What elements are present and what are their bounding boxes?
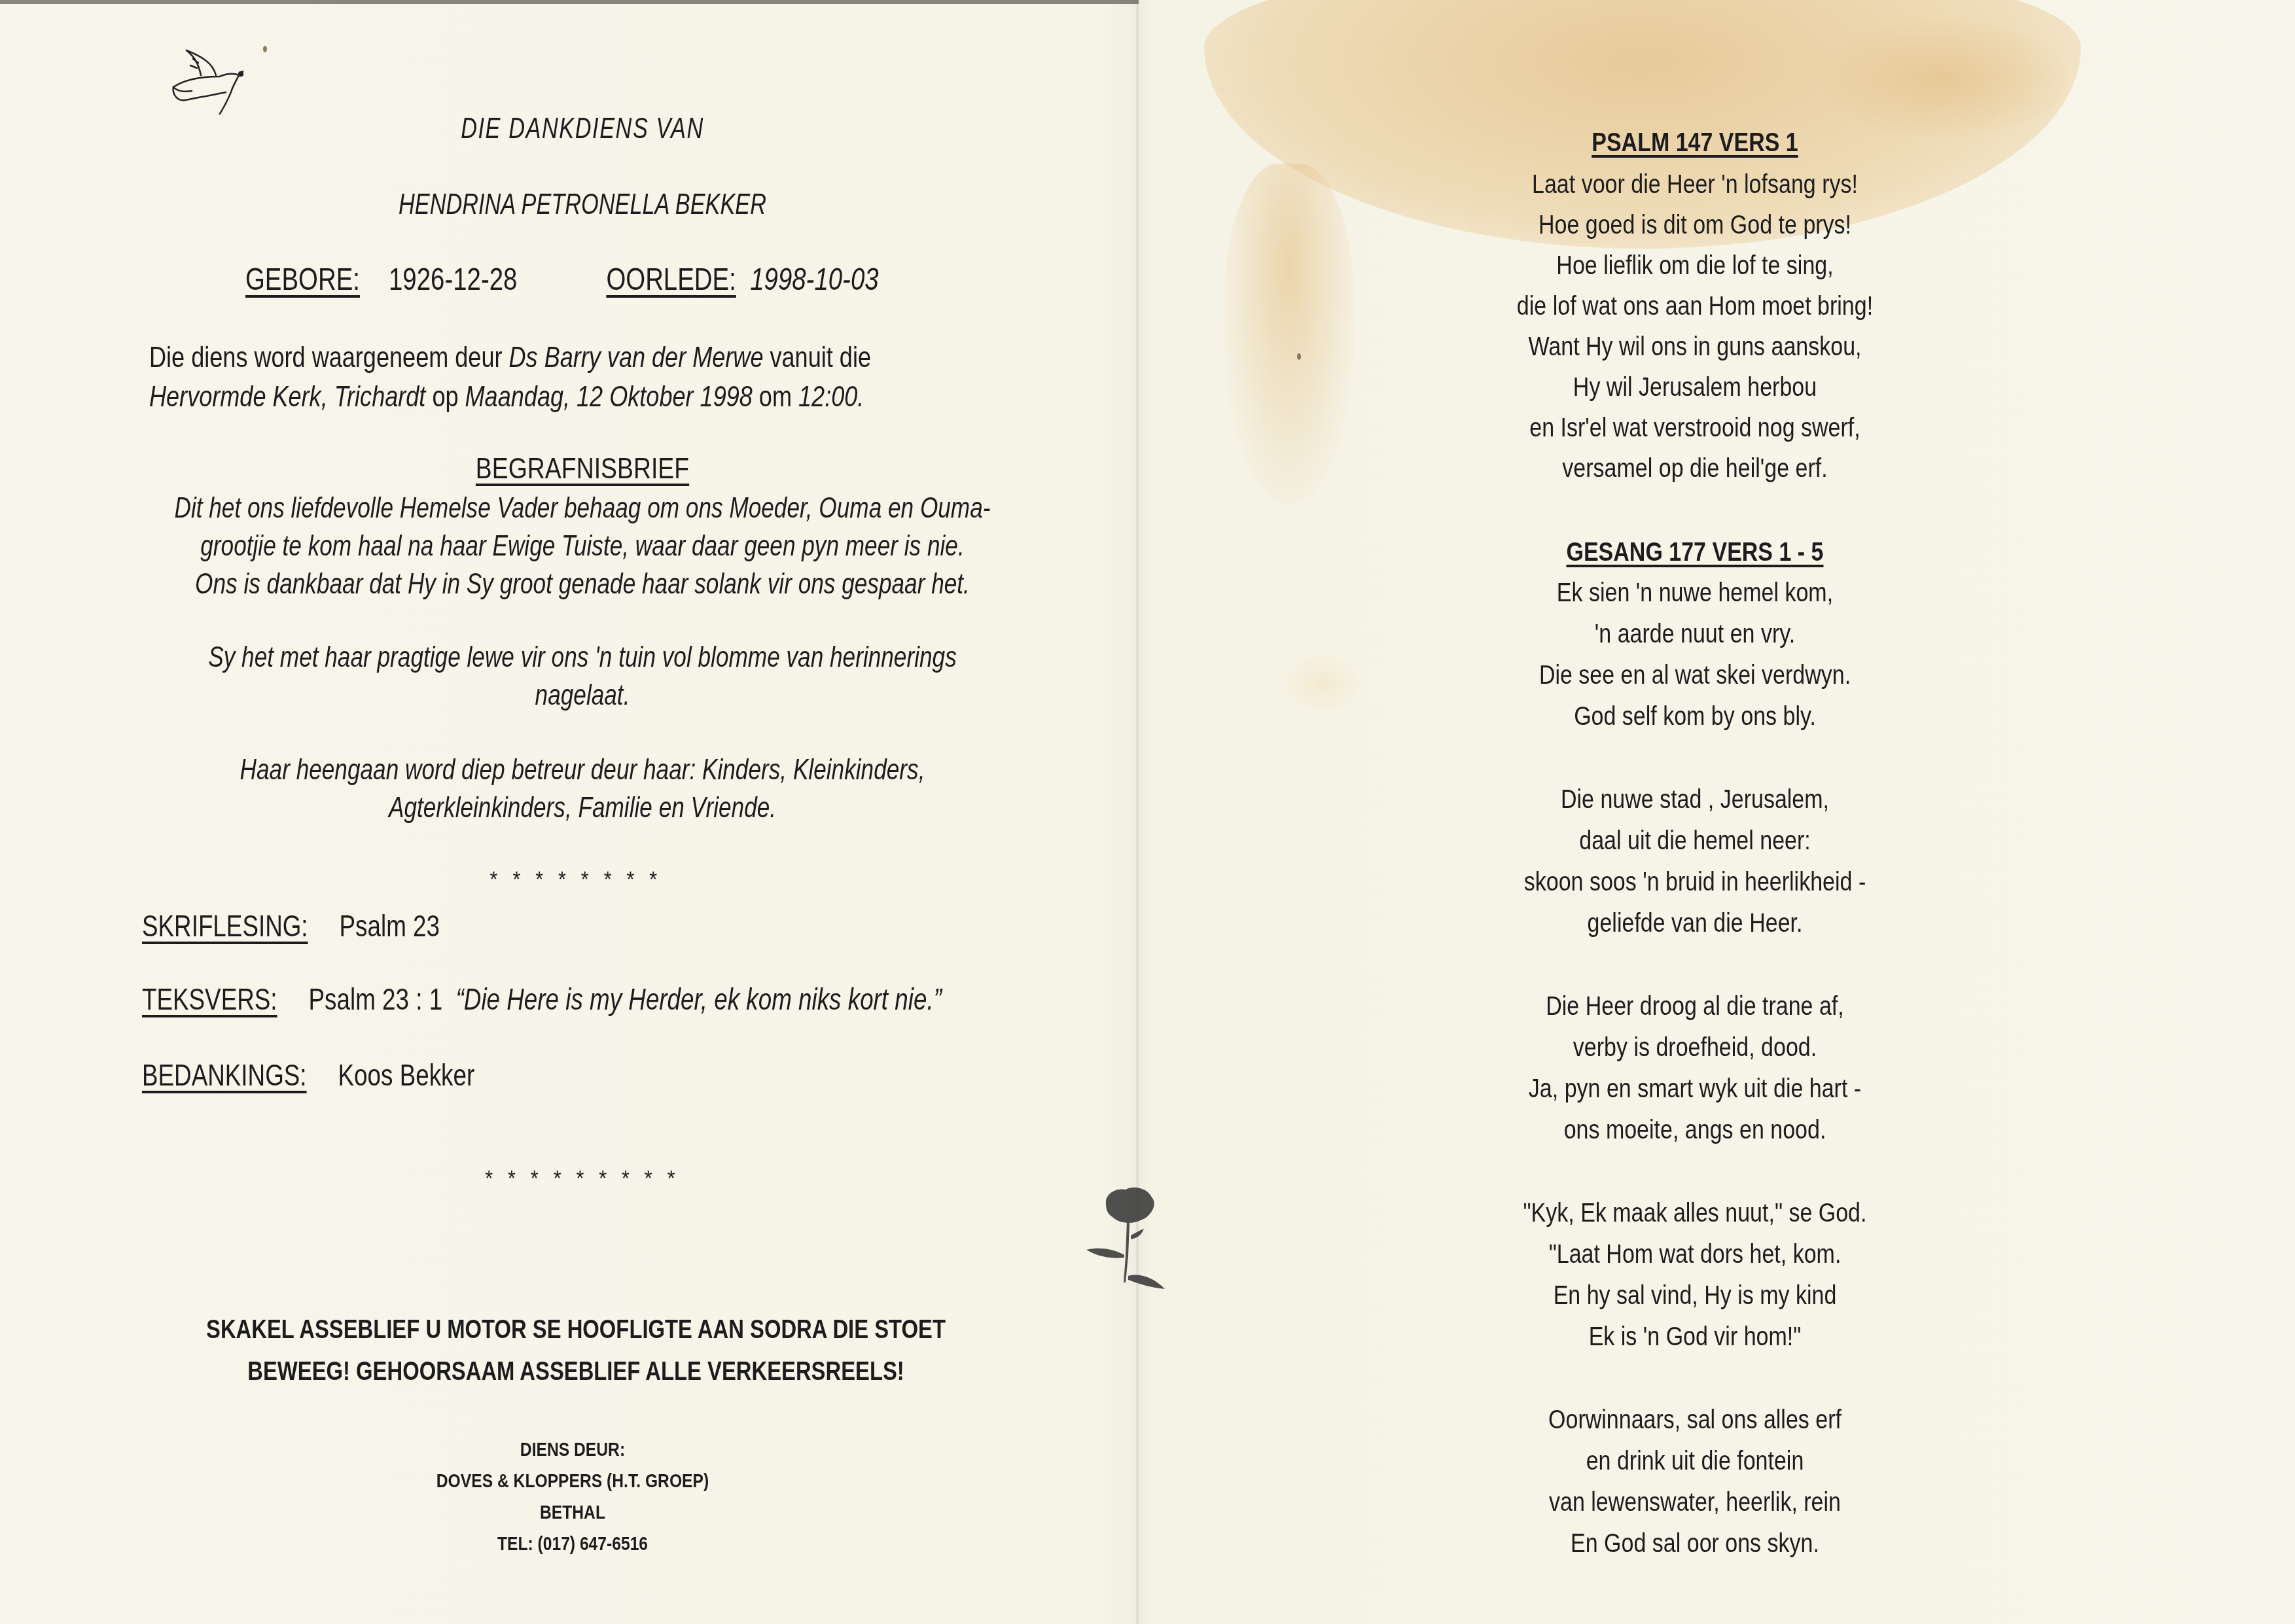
scripture-value: Psalm 23 [340,909,440,943]
separator: * * * * * * * * * [58,1166,1107,1192]
psalm-line: Want Hy wil ons in guns aanskou, [1478,332,1912,362]
hymn-line: Oorwinnaars, sal ons alles erf [1478,1405,1912,1435]
hymn-line: En God sal oor ons skyn. [1478,1529,1912,1559]
hymn-line: ons moeite, angs en nood. [1478,1116,1912,1145]
service-text: Die diens word waargeneem deur [149,342,509,374]
psalm-line: die lof wat ons aan Hom moet bring! [1478,292,1912,321]
thanks-label: BEDANKINGS: [142,1058,307,1092]
hymn-line: Ja, pyn en smart wyk uit die hart - [1478,1074,1912,1104]
hymn-line: Die nuwe stad , Jerusalem, [1478,785,1912,815]
psalm-line: Hy wil Jerusalem herbou [1478,373,1912,402]
obituary-heading: BEGRAFNISBRIEF [88,453,1078,485]
undertaker-name: DOVES & KLOPPERS (H.T. GROEP) [86,1471,1059,1492]
service-text: vanuit die [763,342,870,374]
service-date: Maandag, 12 Oktober 1998 [465,381,753,413]
obituary-line: Haar heengaan word diep betreur deur haa… [116,754,1048,786]
service-text: op [425,381,465,413]
minister-name: Ds Barry van der Merwe [509,342,764,374]
service-time: 12:00. [798,381,864,413]
church-name: Hervormde Kerk, Trichardt [149,381,425,413]
thanks: BEDANKINGS:Koos Bekker [142,1057,474,1093]
hymn-line: Ek is 'n God vir hom!" [1478,1322,1912,1352]
dove-icon [147,36,245,115]
thanks-value: Koos Bekker [338,1058,475,1092]
psalm-line: en Isr'el wat verstrooid nog swerf, [1478,414,1912,443]
text-verse-label: TEKSVERS: [142,982,277,1016]
born-label: GEBORE: [245,262,360,297]
headlights-notice: SKAKEL ASSEBLIEF U MOTOR SE HOOFLIGTE AA… [103,1315,1048,1345]
service-details-line2: Hervormde Kerk, Trichardt op Maandag, 12… [149,381,864,414]
deceased-name: HENDRINA PETRONELLA BEKKER [128,188,1037,221]
psalm-heading: PSALM 147 VERS 1 [1478,128,1912,158]
obituary-line: Agterkleinkinders, Familie en Vriende. [116,792,1048,824]
text-verse-ref: Psalm 23 : 1 [309,982,443,1016]
born-date: 1926-12-28 [389,262,517,297]
left-page: DIE DANKDIENS VAN HENDRINA PETRONELLA BE… [0,0,1139,1624]
undertaker-label: DIENS DEUR: [86,1439,1059,1461]
psalm-line: Hoe goed is dit om God te prys! [1478,211,1912,240]
undertaker-phone: TEL: (017) 647-6516 [86,1534,1059,1555]
text-verse-quote: “Die Here is my Herder, ek kom niks kort… [456,982,942,1016]
obituary-line: Sy het met haar pragtige lewe vir ons 'n… [116,641,1048,674]
obituary-line: nagelaat. [116,679,1048,712]
died-date: 1998-10-03 [750,262,878,297]
died-label: OORLEDE: [606,262,736,297]
psalm-line: Hoe lieflik om die lof te sing, [1478,251,1912,281]
hymn-line: "Laat Hom wat dors het, kom. [1478,1240,1912,1269]
scripture-reading: SKRIFLESING:Psalm 23 [142,908,440,944]
rose-icon [1086,1178,1178,1302]
hymn-line: Ek sien 'n nuwe hemel kom, [1478,578,1912,608]
hymn-line: van lewenswater, heerlik, rein [1478,1488,1912,1517]
psalm-line: Laat voor die Heer 'n lofsang rys! [1478,170,1912,200]
service-title: DIE DANKDIENS VAN [128,113,1037,145]
hymn-line: Die Heer droog al die trane af, [1478,992,1912,1021]
hymn-line: Die see en al wat skei verdwyn. [1478,661,1912,690]
life-dates: GEBORE:1926-12-28OORLEDE: 1998-10-03 [245,262,879,298]
hymn-line: En hy sal vind, Hy is my kind [1478,1281,1912,1311]
undertaker-town: BETHAL [86,1502,1059,1524]
paper-speck [1297,353,1301,360]
separator: * * * * * * * * [52,867,1100,892]
hymn-line: geliefde van die Heer. [1478,909,1912,938]
service-details-line1: Die diens word waargeneem deur Ds Barry … [149,342,871,374]
service-text: om [753,381,798,413]
hymn-line: en drink uit die fontein [1478,1447,1912,1476]
psalm-line: versamel op die heil'ge erf. [1478,454,1912,484]
obituary-line: grootjie te kom haal na haar Ewige Tuist… [116,530,1048,563]
text-verse: TEKSVERS:Psalm 23 : 1 “Die Here is my He… [142,981,942,1017]
scripture-label: SKRIFLESING: [142,909,308,943]
hymn-line: verby is droefheid, dood. [1478,1033,1912,1063]
hymn-line: skoon soos 'n bruid in heerlikheid - [1478,868,1912,897]
obituary-line: Dit het ons liefdevolle Hemelse Vader be… [116,492,1048,525]
hymn-line: daal uit die hemel neer: [1478,826,1912,856]
hymn-line: "Kyk, Ek maak alles nuut," se God. [1478,1199,1912,1228]
obituary-line: Ons is dankbaar dat Hy in Sy groot genad… [116,568,1048,601]
hymn-line: God self kom by ons bly. [1478,702,1912,732]
hymn-line: 'n aarde nuut en vry. [1478,620,1912,649]
headlights-notice: BEWEEG! GEHOORSAAM ASSEBLIEF ALLE VERKEE… [103,1357,1048,1386]
hymn-heading: GESANG 177 VERS 1 - 5 [1478,538,1912,567]
